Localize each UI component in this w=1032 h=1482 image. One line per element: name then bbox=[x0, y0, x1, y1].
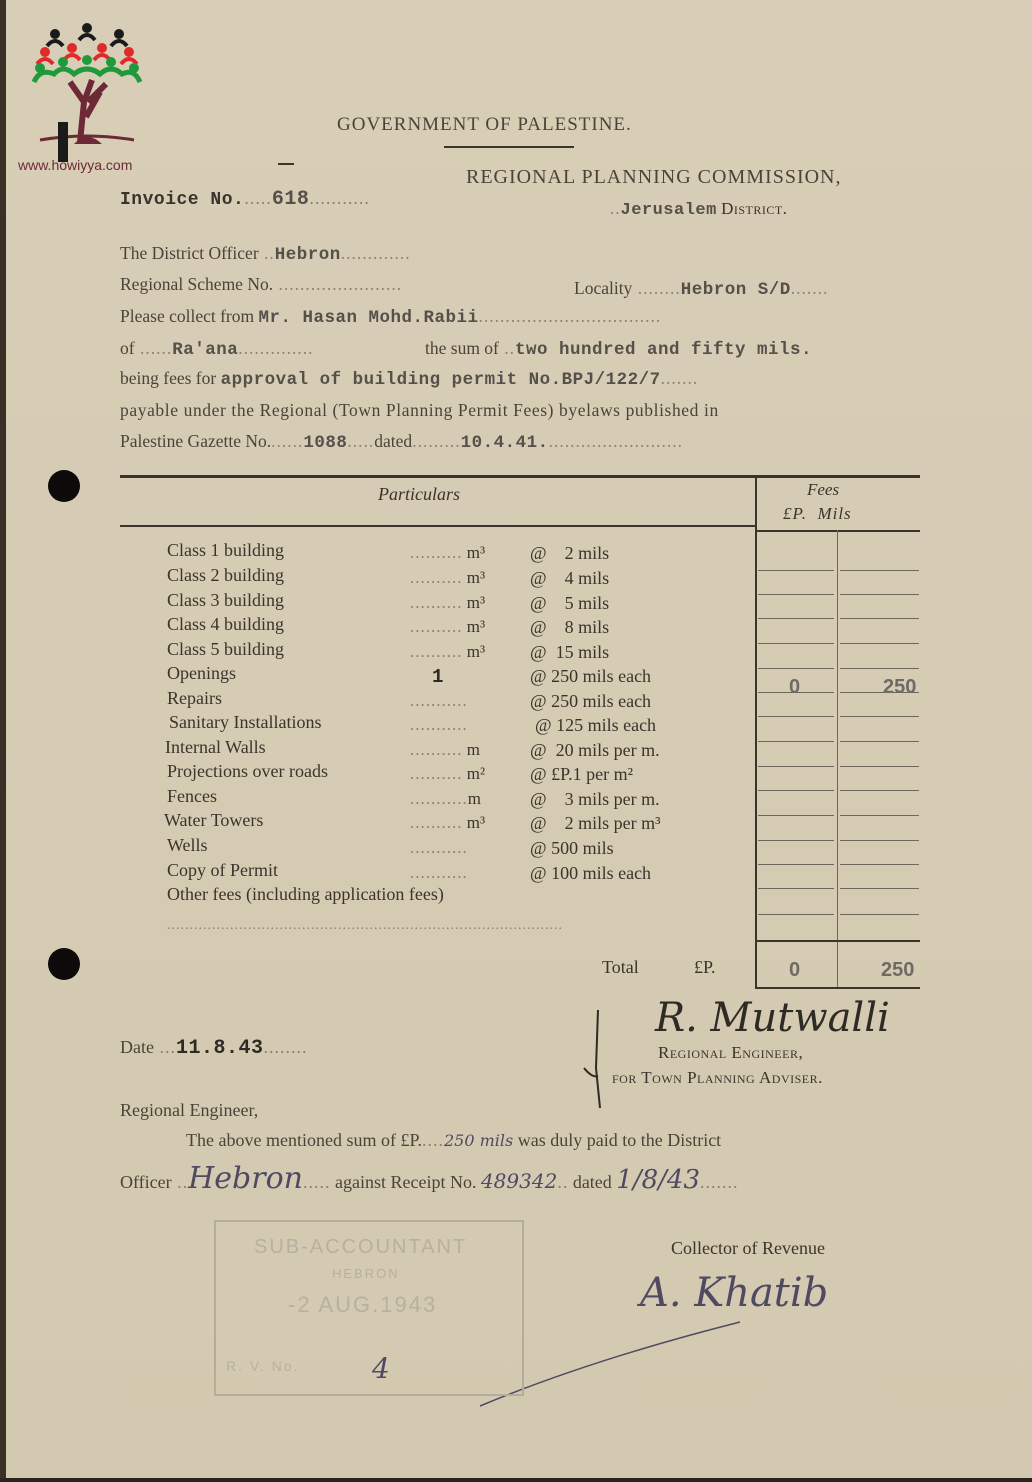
engineer-signature: R. Mutwalli bbox=[655, 995, 890, 1041]
row-qty: ........... bbox=[410, 863, 468, 883]
being-fees-value: approval of building permit No.BPJ/122/7 bbox=[221, 370, 661, 390]
lp-cell-rules bbox=[758, 570, 834, 571]
receipt-dated-label: dated bbox=[573, 1172, 612, 1192]
of-value: Ra'ana bbox=[172, 340, 238, 360]
row-label: Class 2 building bbox=[167, 565, 284, 586]
row-label: Projections over roads bbox=[167, 761, 328, 782]
total-bottom-rule bbox=[756, 987, 920, 989]
row-qty: ...........m bbox=[410, 789, 481, 809]
mils-cell-rules bbox=[840, 570, 919, 571]
locality-label: Locality bbox=[574, 278, 632, 298]
district-label: District. bbox=[721, 199, 787, 218]
openings-mils-value: 250 bbox=[883, 676, 916, 699]
row-qty: ........... bbox=[410, 715, 468, 735]
invoice-number: 618 bbox=[272, 188, 310, 211]
receipt-label: against Receipt No. bbox=[335, 1172, 476, 1192]
government-title: GOVERNMENT OF PALESTINE. bbox=[337, 114, 632, 136]
total-mils-value: 250 bbox=[881, 959, 914, 982]
gazette-line: Palestine Gazette No.......1088.....date… bbox=[120, 431, 683, 453]
row-label: Internal Walls bbox=[165, 737, 266, 758]
total-lp-value: 0 bbox=[789, 959, 800, 982]
row-qty: .......... m³ bbox=[410, 642, 485, 662]
locality-value: Hebron S/D bbox=[681, 280, 791, 300]
row-rate: @ 250 mils each bbox=[530, 691, 651, 712]
row-rate: @ 8 mils bbox=[530, 617, 609, 638]
invoice-line: Invoice No......618........... bbox=[120, 188, 370, 211]
stamp-line-1: SUB-ACCOUNTANT bbox=[254, 1236, 467, 1259]
row-qty: .......... m³ bbox=[410, 543, 485, 563]
mils-header: Mils bbox=[817, 504, 851, 523]
adviser-title: for Town Planning Adviser. bbox=[612, 1068, 823, 1088]
particulars-header-rule bbox=[120, 525, 756, 527]
stamp-rv-label: R. V. No. bbox=[226, 1358, 300, 1374]
district-value: Jerusalem bbox=[621, 201, 717, 220]
total-top-rule bbox=[756, 940, 920, 942]
check-mark-icon bbox=[578, 1008, 618, 1118]
collector-label: Collector of Revenue bbox=[671, 1238, 825, 1259]
being-fees-label: being fees for bbox=[120, 368, 216, 388]
row-qty: .......... m bbox=[410, 740, 480, 760]
district-officer-line: The District Officer ..Hebron...........… bbox=[120, 243, 411, 265]
date-line: Date ...11.8.43........ bbox=[120, 1037, 308, 1060]
row-qty: 1 bbox=[432, 666, 444, 688]
gazette-label: Palestine Gazette No. bbox=[120, 431, 271, 451]
dash-mark bbox=[278, 163, 294, 165]
row-qty: .......... m² bbox=[410, 764, 485, 784]
paid-line: The above mentioned sum of £P.....250 mi… bbox=[186, 1130, 721, 1151]
gazette-value: 1088 bbox=[303, 433, 347, 453]
row-label: Other fees (including application fees) bbox=[167, 884, 444, 905]
row-rate: @ 20 mils per m. bbox=[530, 740, 660, 761]
row-rate: @ 250 mils each bbox=[530, 666, 651, 687]
row-label: Sanitary Installations bbox=[169, 712, 321, 733]
receipt-dated-value: 1/8/43 bbox=[616, 1165, 700, 1195]
row-rate: @ 4 mils bbox=[530, 568, 609, 589]
commission-title: REGIONAL PLANNING COMMISSION, bbox=[466, 166, 841, 189]
row-rate: @ 3 mils per m. bbox=[530, 789, 660, 810]
total-label: Total bbox=[602, 957, 639, 978]
row-rate: @ 5 mils bbox=[530, 593, 609, 614]
row-rate: @ £P.1 per m² bbox=[530, 764, 633, 785]
collect-line: Please collect from Mr. Hasan Mohd.Rabii… bbox=[120, 306, 661, 328]
officer-label: Officer bbox=[120, 1172, 172, 1192]
district-officer-label: The District Officer bbox=[120, 243, 259, 263]
particulars-header: Particulars bbox=[378, 484, 460, 505]
engineer-title: Regional Engineer, bbox=[658, 1043, 803, 1063]
date-label: Date bbox=[120, 1037, 154, 1057]
paid-text-end: was duly paid to the District bbox=[518, 1130, 721, 1150]
sum-value: two hundred and fifty mils. bbox=[515, 340, 812, 360]
scheme-label: Regional Scheme No. bbox=[120, 274, 273, 294]
addressee: Regional Engineer, bbox=[120, 1100, 258, 1121]
paid-amount: 250 mils bbox=[444, 1131, 513, 1150]
row-rate: @ 15 mils bbox=[530, 642, 609, 663]
locality-line: Locality ........Hebron S/D....... bbox=[574, 278, 828, 300]
row-qty: .......... m³ bbox=[410, 568, 485, 588]
sum-label: the sum of bbox=[425, 338, 499, 358]
date-value: 11.8.43 bbox=[176, 1037, 264, 1060]
collect-value: Mr. Hasan Mohd.Rabii bbox=[259, 308, 479, 328]
row-rate: @ 125 mils each bbox=[535, 715, 656, 736]
row-label: Class 5 building bbox=[167, 639, 284, 660]
dated-value: 10.4.41. bbox=[461, 433, 549, 453]
receipt-value: 489342 bbox=[481, 1169, 557, 1193]
district-line: ..Jerusalem District. bbox=[610, 199, 787, 220]
row-label: Class 1 building bbox=[167, 540, 284, 561]
stamp-line-2: HEBRON bbox=[332, 1266, 400, 1281]
page-edge-left bbox=[0, 0, 6, 1482]
row-rate: @ 2 mils per m³ bbox=[530, 813, 660, 834]
fees-left-rule bbox=[755, 477, 757, 989]
district-officer-value: Hebron bbox=[275, 245, 341, 265]
punch-hole-bottom bbox=[48, 948, 80, 980]
other-fees-dotted-line: ........................................… bbox=[167, 918, 563, 934]
row-qty: .......... m³ bbox=[410, 813, 485, 833]
row-qty: ........... bbox=[410, 838, 468, 858]
row-qty: .......... m³ bbox=[410, 593, 485, 613]
fees-header-rule bbox=[756, 530, 920, 532]
row-qty: ........... bbox=[410, 691, 468, 711]
page-edge-bottom bbox=[0, 1478, 1032, 1482]
fees-header: Fees bbox=[807, 480, 839, 500]
openings-lp-value: 0 bbox=[789, 676, 800, 699]
row-label: Copy of Permit bbox=[167, 860, 278, 881]
of-label: of bbox=[120, 338, 135, 358]
collect-label: Please collect from bbox=[120, 306, 254, 326]
of-line: of ......Ra'ana.............. bbox=[120, 338, 313, 360]
scheme-line: Regional Scheme No. ....................… bbox=[120, 274, 402, 295]
row-rate: @ 100 mils each bbox=[530, 863, 651, 884]
row-label: Water Towers bbox=[164, 810, 263, 831]
punch-hole-top bbox=[48, 470, 80, 502]
howiyya-tree-logo-icon bbox=[30, 22, 150, 162]
row-rate: @ 2 mils bbox=[530, 543, 609, 564]
dated-label: dated bbox=[374, 431, 412, 451]
watermark-url: www.howiyya.com bbox=[18, 157, 132, 173]
sub-accountant-stamp: SUB-ACCOUNTANT HEBRON -2 AUG.1943 R. V. … bbox=[214, 1220, 524, 1396]
row-label: Repairs bbox=[167, 688, 222, 709]
officer-line: Officer ..Hebron..... against Receipt No… bbox=[120, 1161, 738, 1196]
fees-subheader: £P. Mils bbox=[783, 504, 852, 524]
officer-value: Hebron bbox=[188, 1161, 303, 1196]
row-label: Fences bbox=[167, 786, 217, 807]
title-rule bbox=[444, 146, 574, 148]
stamp-rv-value: 4 bbox=[372, 1352, 390, 1385]
sum-line: the sum of ..two hundred and fifty mils. bbox=[425, 338, 812, 360]
row-label: Wells bbox=[167, 835, 208, 856]
invoice-label: Invoice No. bbox=[120, 190, 244, 210]
lp-header: £P. bbox=[783, 504, 807, 523]
table-top-rule bbox=[120, 475, 920, 478]
row-qty: .......... m³ bbox=[410, 617, 485, 637]
being-fees-line: being fees for approval of building perm… bbox=[120, 368, 698, 390]
stamp-date: -2 AUG.1943 bbox=[288, 1292, 437, 1318]
row-label: Class 3 building bbox=[167, 590, 284, 611]
row-label: Class 4 building bbox=[167, 614, 284, 635]
row-rate: @ 500 mils bbox=[530, 838, 614, 859]
total-currency: £P. bbox=[694, 957, 716, 978]
paid-text-start: The above mentioned sum of £P. bbox=[186, 1130, 422, 1150]
payable-text: payable under the Regional (Town Plannin… bbox=[120, 400, 719, 421]
fees-mid-rule bbox=[837, 530, 838, 987]
row-label: Openings bbox=[167, 663, 236, 684]
